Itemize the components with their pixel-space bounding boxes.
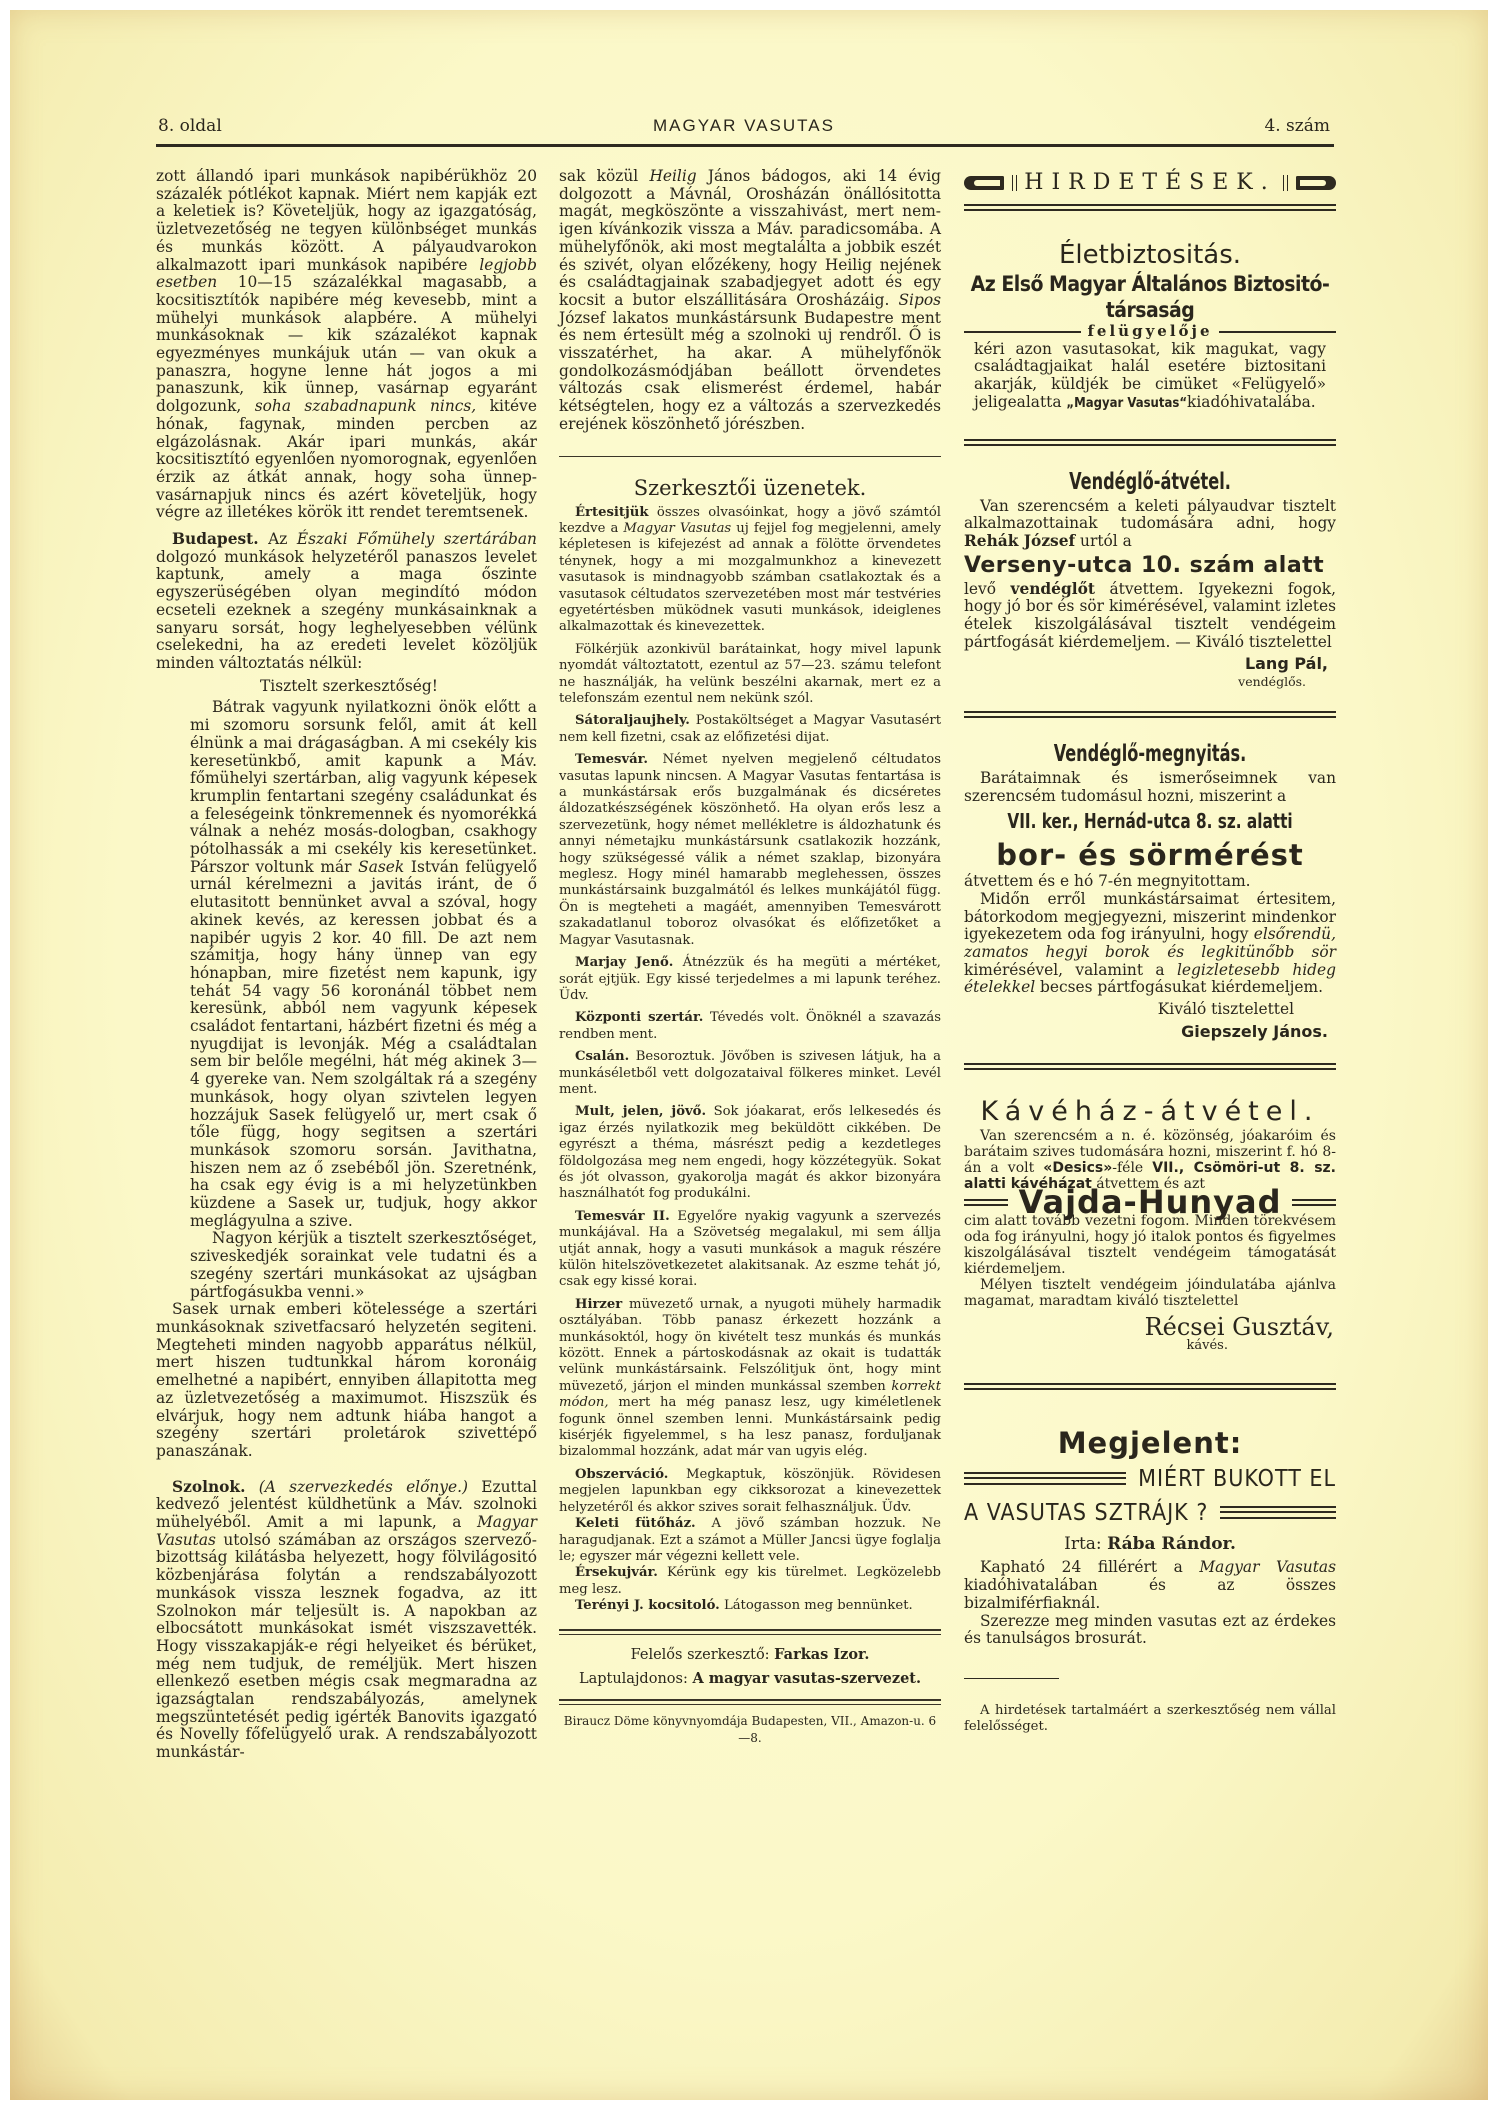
header-rule <box>156 144 1334 147</box>
quoted-letter: Tisztelt szerkesztőség! Bátrak vagyunk n… <box>156 678 537 1302</box>
message-item: Keleti fütőház. A jövő számban hozzuk. N… <box>559 1516 941 1565</box>
message-item: Obszerváció. Megkaptuk, köszönjük. Rövid… <box>559 1467 941 1516</box>
ad-headline: bor- és sörmérést <box>964 837 1336 873</box>
banner-bar-icon <box>1283 175 1288 191</box>
imprint-rule-bottom <box>559 1699 941 1705</box>
publisher: Laptulajdonos: A magyar vasutas-szerveze… <box>559 1667 941 1691</box>
ad-body: Kapható 24 fillérért a Magyar Vasutas ki… <box>964 1559 1336 1612</box>
editorial-messages-title: Szerkesztői üzenetek. <box>559 475 941 501</box>
ad-address: VII. ker., Hernád-utca 8. sz. alatti <box>992 805 1308 837</box>
article-paragraph: sak közül Heilig János bádogos, aki 14 é… <box>559 168 941 434</box>
message-item: Temesvár. Német nyelven megjelenő céltud… <box>559 752 941 949</box>
ad-body: Midőn erről munkástársaimat értesitem, b… <box>964 891 1336 997</box>
ad-divider <box>964 711 1336 718</box>
message-item: Temesvár II. Egyelőre nyakig vagyunk a s… <box>559 1209 941 1291</box>
headline-rule-right <box>1292 1199 1336 1206</box>
ad-restaurant-takeover: Vendéglő-átvétel. Van szerencsém a kelet… <box>964 466 1336 691</box>
message-item: Terényi J. kocsitoló. Látogasson meg ben… <box>559 1598 941 1614</box>
brochure-title-line-1: MIÉRT BUKOTT EL <box>964 1462 1336 1496</box>
message-item: Marjay Jenő. Átnézzük és ha megüti a mér… <box>559 955 941 1004</box>
letter-paragraph: Nagyon kérjük a tisztelt szerkesztőséget… <box>190 1230 537 1301</box>
ad-title: Vendéglő-átvétel. <box>1005 466 1295 498</box>
ad-body: levő vendéglőt átvettem. Igyekezni fogok… <box>964 581 1336 652</box>
ad-life-insurance: Életbiztositás. Az Első Magyar Általános… <box>964 239 1336 413</box>
headline-rule-left <box>964 1199 1008 1206</box>
ad-cafe-takeover: Kávéház-átvétel. Van szerencsém a n. é. … <box>964 1096 1336 1355</box>
article-paragraph: Sasek urnak emberi kötelessége a szertár… <box>156 1301 537 1460</box>
issue-number: 4. szám <box>1264 116 1330 136</box>
column-1: zott állandó ipari munkások napibérükhöz… <box>156 168 537 1762</box>
ad-title: Kávéház-átvétel. <box>964 1096 1336 1128</box>
ad-title: Megjelent: <box>964 1424 1336 1462</box>
szolnok-article: Szolnok. (A szervezkedés előnye.) Ezutta… <box>156 1479 537 1762</box>
ad-signature: Giepszely János. <box>964 1023 1336 1041</box>
budapest-article: Budapest. Az Északi Főmühely szertárában… <box>156 531 537 673</box>
banner-left-ornament-icon <box>964 176 1004 190</box>
imprint-rule-top <box>559 1629 941 1635</box>
ad-body: átvettem és e hó 7-én megnyitottam. <box>964 873 1336 891</box>
ad-brochure: Megjelent: MIÉRT BUKOTT EL A VASUTAS SZT… <box>964 1424 1336 1648</box>
ad-body: Szerezze meg minden vasutas ezt az érdek… <box>964 1613 1336 1648</box>
ad-divider <box>964 1063 1336 1070</box>
editorial-messages: Értesitjük összes olvasóinkat, hogy a jö… <box>559 505 941 1615</box>
brochure-title-line-2: A VASUTAS SZTRÁJK ? <box>964 1496 1336 1530</box>
ad-company: Az Első Magyar Általános Biztositó-társa… <box>964 271 1336 323</box>
ad-body: Van szerencsém a keleti pályaudvar tiszt… <box>964 498 1336 551</box>
ad-title: Vendéglő-megnyitás. <box>1005 738 1295 770</box>
ad-role: felügyelője <box>964 323 1336 341</box>
column-3-advertisements: HIRDETÉSEK. Életbiztositás. Az Első Magy… <box>964 168 1336 1736</box>
message-item: Fölkérjük azonkivül barátainkat, hogy mi… <box>559 642 941 708</box>
ad-restaurant-opening: Vendéglő-megnyitás. Barátaimnak és ismer… <box>964 738 1336 1041</box>
message-item: Központi szertár. Tévedés volt. Önöknél … <box>559 1010 941 1043</box>
ad-divider <box>964 439 1336 446</box>
banner-title: HIRDETÉSEK. <box>1024 174 1275 192</box>
newspaper-page: 8. oldal MAGYAR VASUTAS 4. szám zott áll… <box>10 10 1488 2100</box>
ad-body: kéri azon vasutasokat, kik magukat, vagy… <box>964 341 1336 413</box>
letter-salutation: Tisztelt szerkesztőség! <box>190 678 537 696</box>
ad-body: Mélyen tisztelt vendégeim jóindulatába a… <box>964 1277 1336 1309</box>
article-paragraph: zott állandó ipari munkások napibérükhöz… <box>156 168 537 522</box>
banner-rule <box>964 204 1336 211</box>
message-item: Mult, jelen, jövő. Sok jóakarat, erős le… <box>559 1104 941 1202</box>
message-item: Értesitjük összes olvasóinkat, hogy a jö… <box>559 505 941 636</box>
ad-signature: Lang Pál, <box>964 655 1336 673</box>
page-header: 8. oldal MAGYAR VASUTAS 4. szám <box>158 114 1330 142</box>
ad-divider <box>964 1383 1336 1390</box>
column-2: sak közül Heilig János bádogos, aki 14 é… <box>559 168 941 1748</box>
advertising-disclaimer: A hirdetések tartalmáért a szerkesztőség… <box>964 1703 1336 1736</box>
ad-signature: Récsei Gusztáv, <box>964 1319 1336 1337</box>
message-item: Hirzer müvezető urnak, a nyugoti mühely … <box>559 1297 941 1461</box>
banner-right-ornament-icon <box>1296 176 1336 190</box>
short-divider <box>964 1678 1059 1679</box>
banner-bar-icon <box>1012 175 1017 191</box>
brochure-author: Irta: Rába Rándor. <box>964 1536 1336 1554</box>
ad-title: Életbiztositás. <box>964 239 1336 271</box>
ad-signature-title: vendéglős. <box>964 673 1336 691</box>
masthead-title: MAGYAR VASUTAS <box>158 116 1330 136</box>
ad-body: Van szerencsém a n. é. közönség, jóakaró… <box>964 1128 1336 1192</box>
message-item: Csalán. Besoroztuk. Jövőben is szivesen … <box>559 1049 941 1098</box>
triple-rule <box>1220 1506 1336 1519</box>
message-item: Érsekujvár. Kérünk egy kis türelmet. Leg… <box>559 1565 941 1598</box>
triple-rule <box>964 1472 1126 1485</box>
ad-body: cim alatt tovább vezetni fogom. Minden t… <box>964 1213 1336 1277</box>
responsible-editor: Felelős szerkesztő: Farkas Izor. <box>559 1643 941 1667</box>
ad-body: Barátaimnak és ismerőseimnek van szerenc… <box>964 770 1336 805</box>
section-divider <box>559 456 941 457</box>
message-item: Sátoraljaujhely. Postaköltséget a Magyar… <box>559 713 941 746</box>
imprint: Felelős szerkesztő: Farkas Izor. Laptula… <box>559 1643 941 1691</box>
ad-closing: Kiváló tisztelettel <box>964 1001 1336 1019</box>
printer-line: Biraucz Döme könyvnyomdája Budapesten, V… <box>559 1713 941 1748</box>
advertisements-banner: HIRDETÉSEK. <box>964 168 1336 198</box>
letter-paragraph: Bátrak vagyunk nyilatkozni önök előtt a … <box>190 699 537 1230</box>
ad-headline: Vajda-Hunyad <box>964 1194 1336 1212</box>
ad-address: Verseny-utca 10. szám alatt <box>964 551 1336 581</box>
